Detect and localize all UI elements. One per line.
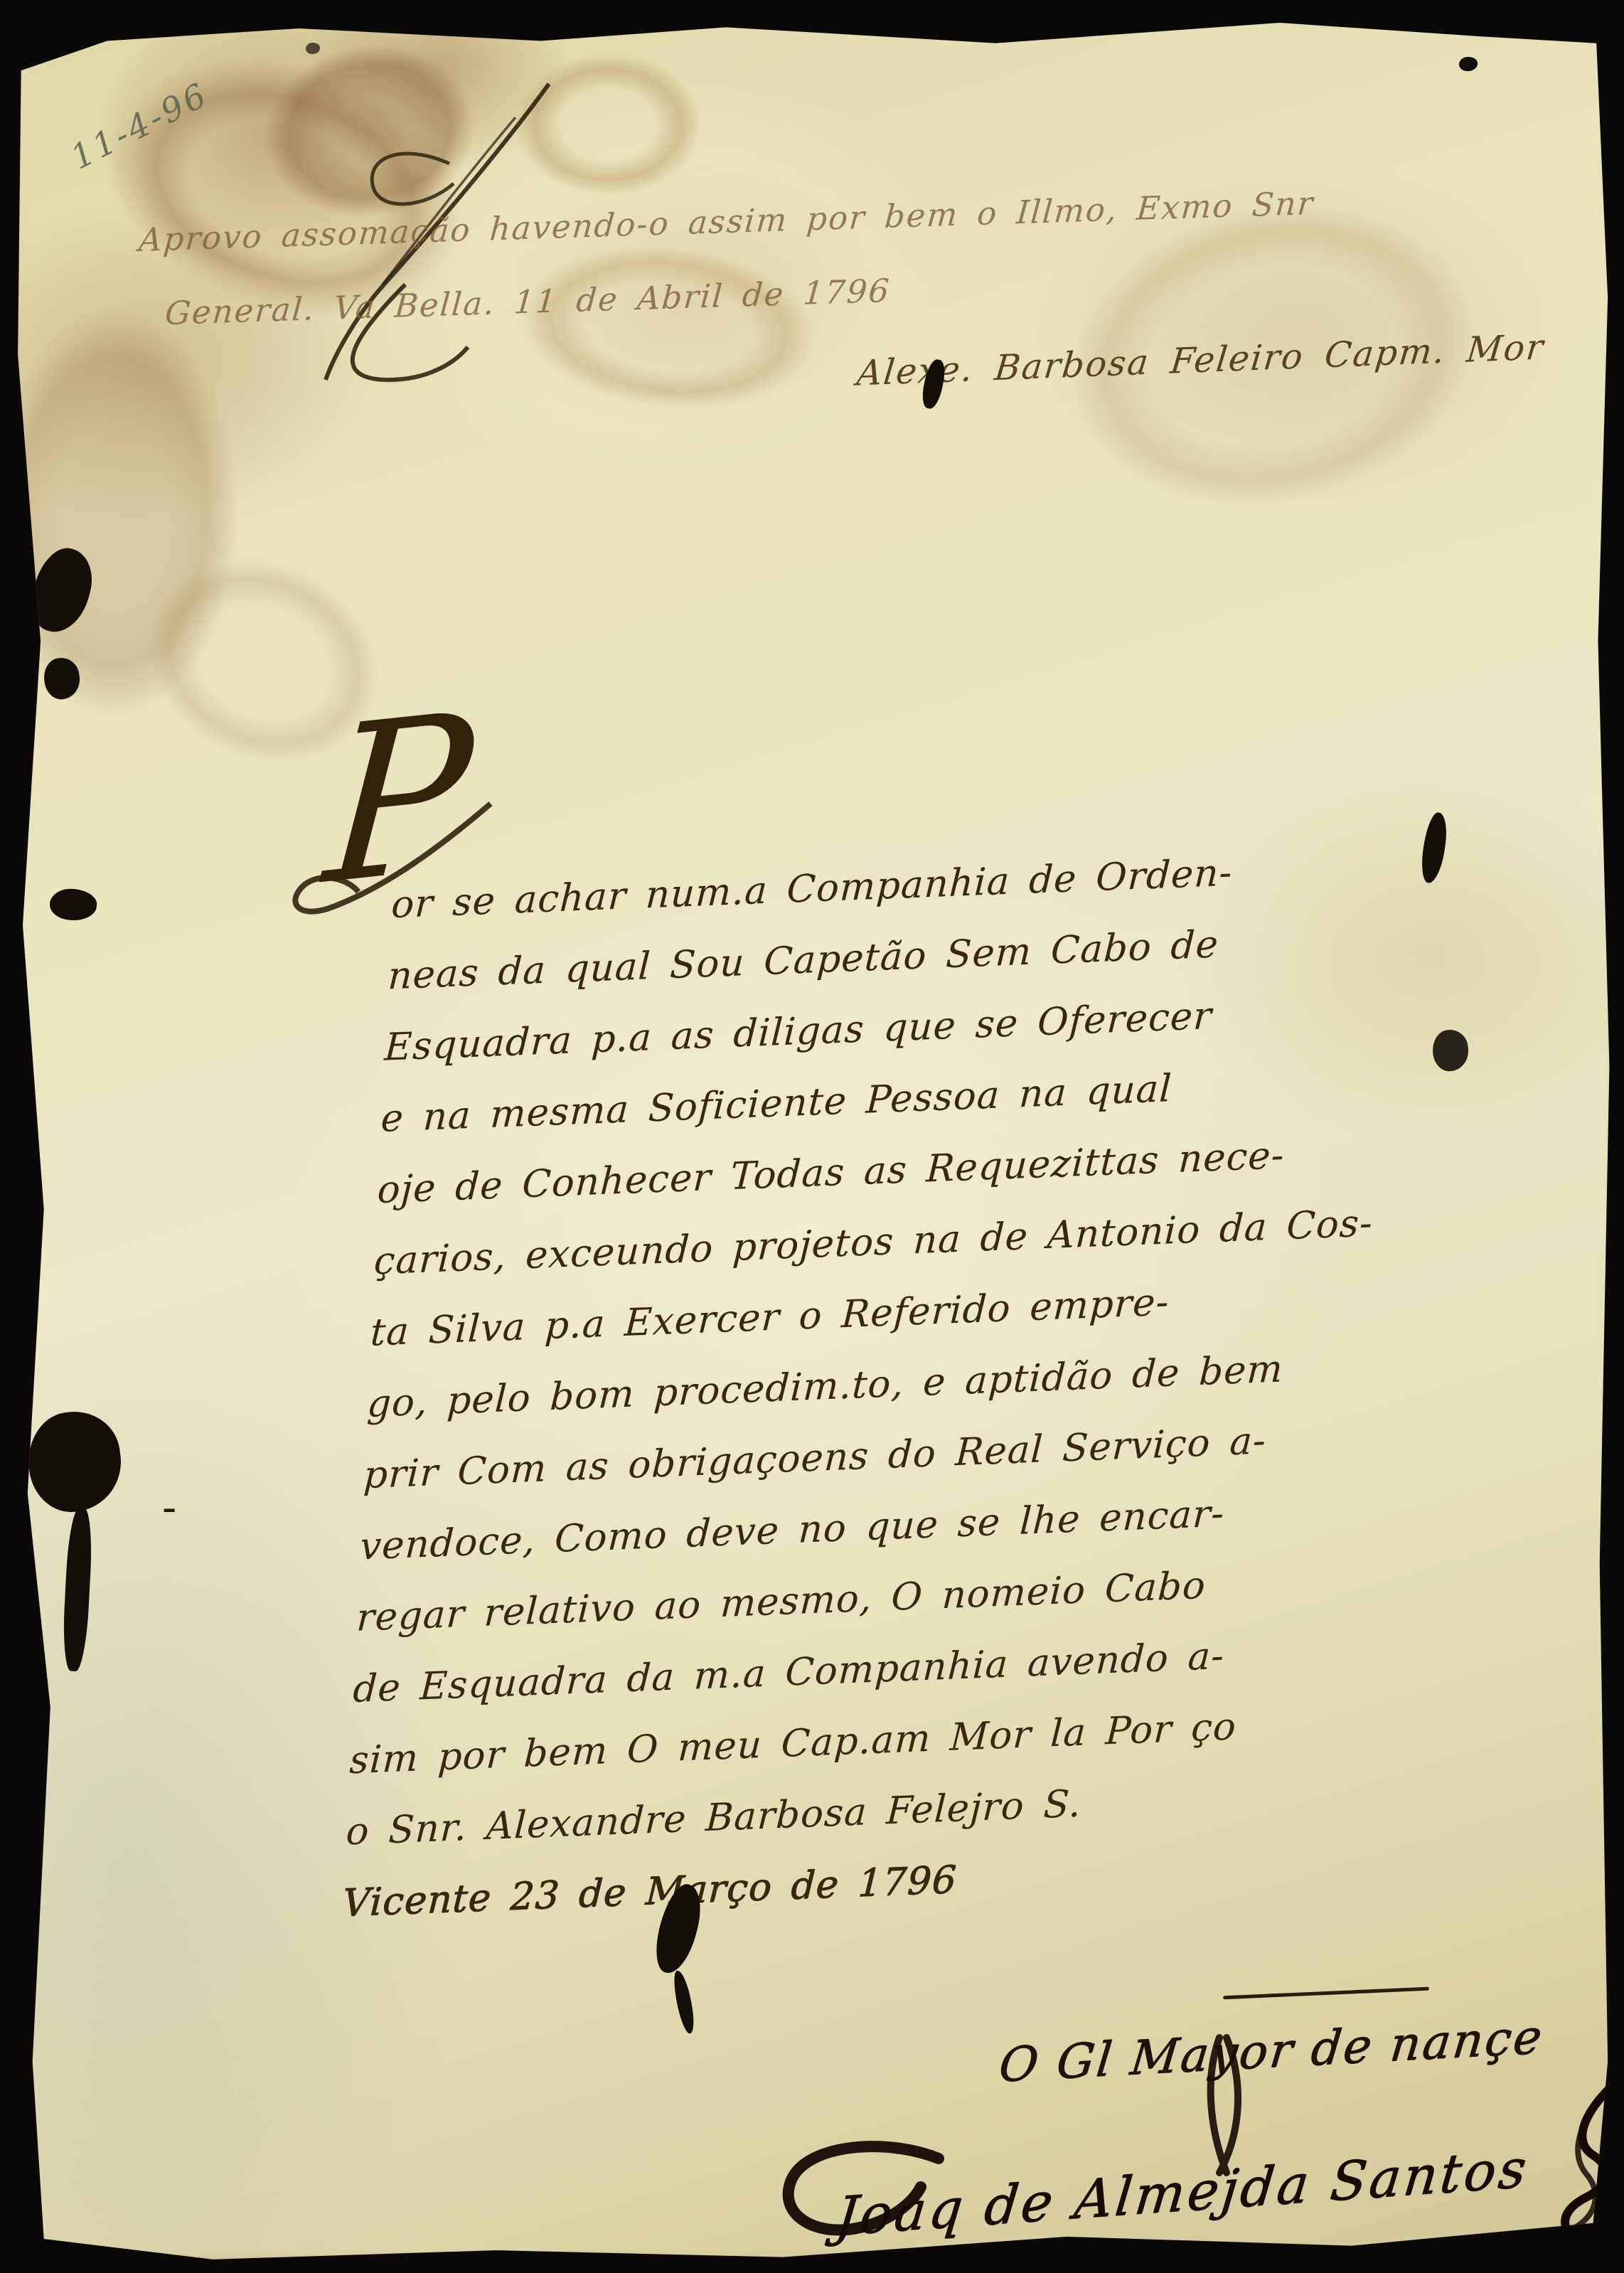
ink-blot bbox=[671, 1969, 698, 2035]
water-stain bbox=[0, 256, 270, 768]
ink-blot bbox=[306, 43, 320, 54]
ink-blot bbox=[61, 1507, 94, 1671]
approval-signer: Alexe. Barbosa Feleiro Capm. Mor bbox=[855, 326, 1546, 393]
photo-background: 11-4-96 Aprovo assomação havendo-o assim… bbox=[0, 0, 1624, 2273]
letter-body: or se achar num.a Companhia de Orden- ne… bbox=[340, 839, 1557, 1953]
closing-line: O Gl Mayor de nançe bbox=[996, 2009, 1546, 2093]
ink-blot bbox=[41, 655, 82, 702]
closing-paraph bbox=[1177, 2034, 1262, 2176]
margin-dash: - bbox=[162, 1483, 176, 1533]
archival-note: 11-4-96 bbox=[65, 75, 215, 177]
signature-end-flourish bbox=[1543, 2084, 1621, 2247]
ink-blot bbox=[22, 1406, 127, 1518]
ink-blot bbox=[24, 542, 100, 639]
ink-blot bbox=[1459, 57, 1478, 71]
manuscript-paper: 11-4-96 Aprovo assomação havendo-o assim… bbox=[0, 0, 1624, 2273]
signature-leading-loop bbox=[779, 2130, 942, 2251]
ink-blot bbox=[48, 887, 98, 922]
year-underline bbox=[1223, 1987, 1429, 2000]
